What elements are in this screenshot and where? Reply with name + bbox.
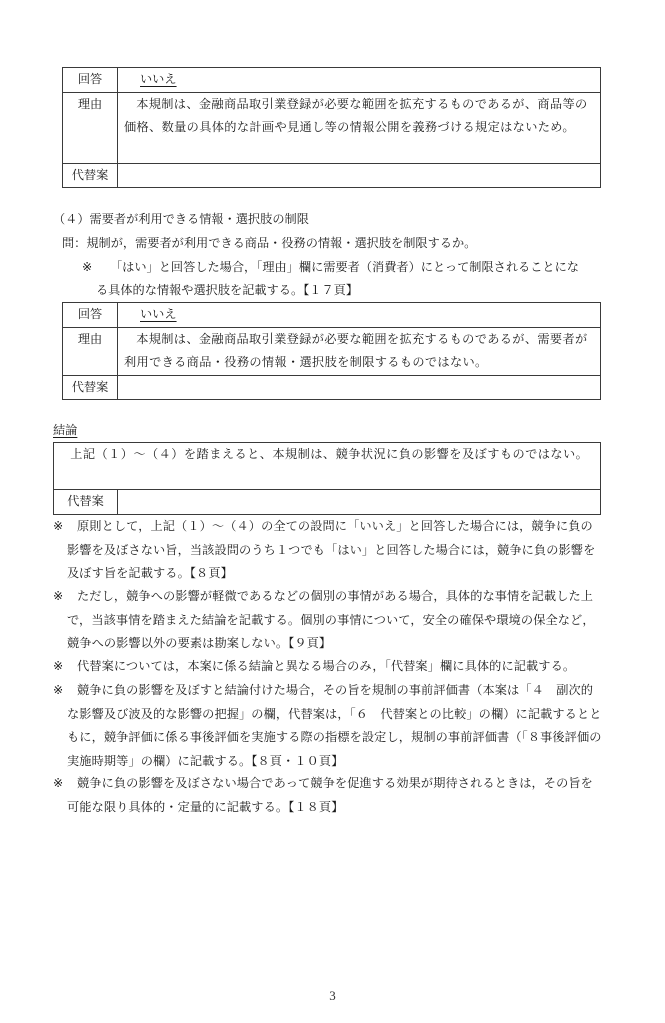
alternative-label: 代替案 [63, 163, 118, 188]
note-text: 競争に負の影響を及ぼさない場合であって競争を促進する効果が期待されるときは，その… [53, 772, 603, 819]
note-item: ※ 原則として，上記（１）～（４）の全ての設問に「いいえ」と回答した場合には，競… [53, 515, 603, 586]
conclusion-text: 上記（１）～（４）を踏まえると、本規制は、競争状況に負の影響を及ぼすものではない… [54, 443, 601, 490]
answer-value: いいえ [140, 72, 177, 86]
conclusion-heading: 結論 [53, 419, 77, 442]
note-item: ※ 競争に負の影響を及ぼすと結論付けた場合，その旨を規制の事前評価書（本案は「４… [53, 679, 603, 773]
note-mark: ※ [53, 679, 63, 703]
reason-label: 理由 [63, 327, 118, 375]
note-mark: ※ [53, 515, 63, 539]
alternative-label: 代替案 [63, 375, 118, 400]
note-item: ※ 代替案については，本案に係る結論と異なる場合のみ，「代替案」欄に具体的に記載… [53, 655, 603, 679]
section-4-note-line2: る具体的な情報や選択肢を記載する。【１７頁】 [96, 279, 358, 302]
conclusion-table: 上記（１）～（４）を踏まえると、本規制は、競争状況に負の影響を及ぼすものではない… [53, 442, 601, 515]
page-number: 3 [0, 988, 665, 1004]
reason-label: 理由 [63, 92, 118, 163]
alternative-value [118, 163, 601, 188]
note-text: 代替案については，本案に係る結論と異なる場合のみ，「代替案」欄に具体的に記載する… [53, 655, 603, 679]
reason-text: 本規制は、金融商品取引業登録が必要な範囲を拡充するものであるが、需要者が利用でき… [118, 327, 601, 375]
note-mark: ※ [53, 585, 63, 609]
note-text: ただし，競争への影響が軽微であるなどの個別の事情がある場合，具体的な事情を記載し… [53, 585, 603, 656]
note-item: ※ 競争に負の影響を及ぼさない場合であって競争を促進する効果が期待されるときは，… [53, 772, 603, 819]
alternative-label: 代替案 [54, 490, 118, 515]
reason-text: 本規制は、金融商品取引業登録が必要な範囲を拡充するものであるが、商品等の価格、数… [118, 92, 601, 163]
answer-table-3: 回答 いいえ 理由 本規制は、金融商品取引業登録が必要な範囲を拡充するものである… [62, 67, 601, 188]
section-4-question: 問：規制が，需要者が利用できる商品・役務の情報・選択肢を制限するか。 [62, 232, 476, 255]
alternative-value [118, 375, 601, 400]
note-mark: ※ [53, 772, 63, 796]
answer-label: 回答 [63, 303, 118, 328]
section-4-note-line1: 「はい」と回答した場合，「理由」欄に需要者（消費者）にとって制限されることにな [110, 256, 579, 279]
note-item: ※ ただし，競争への影響が軽微であるなどの個別の事情がある場合，具体的な事情を記… [53, 585, 603, 656]
note-mark: ※ [53, 655, 63, 679]
answer-value: いいえ [140, 307, 177, 321]
answer-table-4: 回答 いいえ 理由 本規制は、金融商品取引業登録が必要な範囲を拡充するものである… [62, 302, 601, 400]
answer-label: 回答 [63, 68, 118, 93]
note-text: 原則として，上記（１）～（４）の全ての設問に「いいえ」と回答した場合には，競争に… [53, 515, 603, 586]
section-4-note-mark: ※ [82, 256, 92, 279]
section-4-heading: （４）需要者が利用できる情報・選択肢の制限 [53, 208, 309, 231]
note-text: 競争に負の影響を及ぼすと結論付けた場合，その旨を規制の事前評価書（本案は「４ 副… [53, 679, 603, 773]
alternative-value [118, 490, 601, 515]
